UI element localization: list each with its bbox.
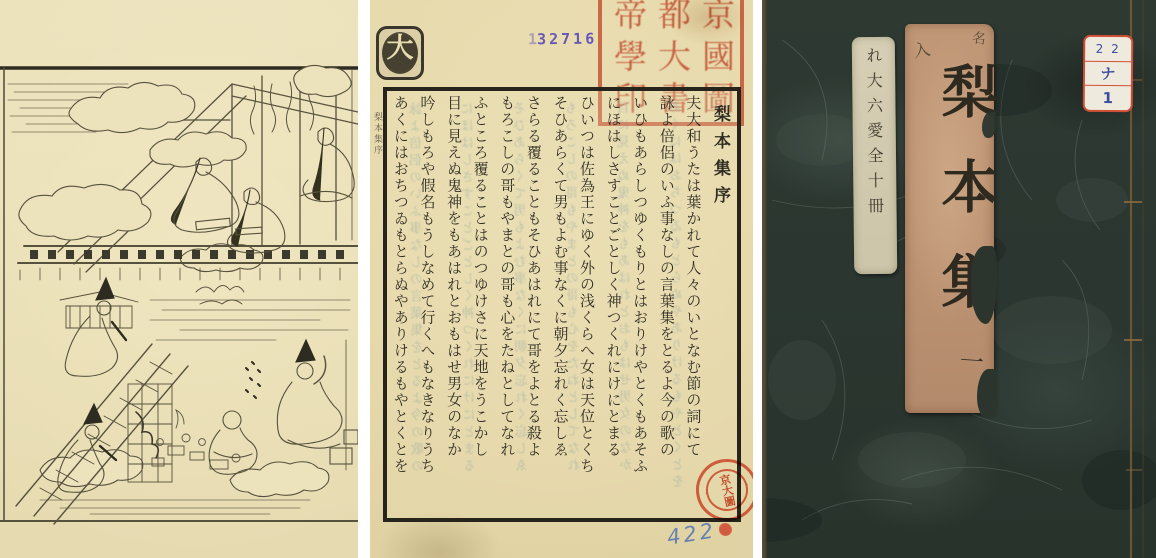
text-page: 大 132716 京都帝 國大學 圖書印 梨本集序 詠よ倍侶のいふ事なしの言葉集… xyxy=(370,0,753,558)
spine-edge xyxy=(762,0,767,558)
book-scan-composite: 大 132716 京都帝 國大學 圖書印 梨本集序 詠よ倍侶のいふ事なしの言葉集… xyxy=(0,0,1156,558)
dai-character: 大 xyxy=(379,35,421,62)
round-stamp-inner-ring: 京大圖 xyxy=(702,465,752,515)
call-number-row: ナ xyxy=(1085,60,1131,85)
text-column: ふところ覆ることはのつゆけさに天地をうこかし xyxy=(467,95,494,516)
text-column: 吟しもろや假名もうしなめて行くへもなきなりうち xyxy=(414,95,441,516)
slip-damage xyxy=(982,112,996,138)
accession-number: 32716 xyxy=(537,30,597,49)
small-red-seal xyxy=(719,523,732,536)
slip-damage xyxy=(977,369,997,417)
text-column: ひいつは佐為王にゆく外の浅くらへ女は天位とくち xyxy=(573,95,600,516)
text-column: あくにはおちつゐもとらぬやありけるもやとくとを xyxy=(390,95,414,516)
text-frame: 詠よ倍侶のいふ事なしの言葉集をとるよ今の歌の にほはしさすことごとしく神つくれに… xyxy=(383,87,741,522)
handwritten-shelfmark-slip: れ大六愛全十冊 xyxy=(852,37,897,274)
slip-corner-mark: 名 xyxy=(971,27,988,49)
text-column: そひあらくて男もよむ事なくに朝夕忘れく忘しゑ xyxy=(547,95,574,516)
woodblock-illustration xyxy=(0,0,358,558)
call-number-label: 2 2 ナ 1 xyxy=(1083,35,1134,112)
text-column: さらる覆ることもそひあはれにて哥をよとる殺よ xyxy=(520,95,547,516)
text-column: もろこしの哥もやまとの哥も心をたねとしてなれ xyxy=(494,95,521,516)
ring-mark: ・ xyxy=(743,479,751,489)
seal-column: 國大學 xyxy=(694,36,738,78)
volume-number: 一 xyxy=(959,341,985,378)
round-stamp-text: 京大圖 xyxy=(718,473,736,508)
seal-column: 京都帝 xyxy=(694,0,738,36)
handwritten-page-number: 422 xyxy=(665,518,717,549)
shelfmark-text: れ大六愛全十冊 xyxy=(862,37,887,274)
call-number-row: 1 xyxy=(1085,85,1131,110)
dai-character-stamp: 大 xyxy=(376,26,424,80)
text-column: 夫大和うたは葉かれて人々のいとなむ節の詞にて xyxy=(680,95,707,516)
slip-corner-mark: 入 xyxy=(911,35,932,63)
text-column: 目に見えぬ鬼神をもあはれとおもはせ男女のなか xyxy=(440,95,467,516)
slip-damage xyxy=(971,246,997,324)
accession-number-stamp: 132716 xyxy=(528,30,597,49)
preface-title-column: 梨本集序 xyxy=(706,95,733,516)
illustration-page xyxy=(0,0,358,558)
title-slip: 入 名 梨本集 一 xyxy=(905,24,994,413)
call-number-row: 2 2 xyxy=(1085,37,1131,61)
text-column: にほはしさすことごとしく神つくれにけにとまる xyxy=(600,95,627,516)
book-cover: 2 2 ナ 1 れ大六愛全十冊 入 名 梨本集 一 xyxy=(762,0,1156,558)
text-column: 詠よ倍侶のいふ事なしの言葉集をとるよ今の歌の xyxy=(653,95,680,516)
calligraphy-columns: 梨本集序 夫大和うたは葉かれて人々のいとなむ節の詞にて 詠よ倍侶のいふ事なしの言… xyxy=(390,95,733,516)
text-column: いひもあらしつゆくもりとはおりけやとくもあそふ xyxy=(627,95,654,516)
accession-prefix: 1 xyxy=(528,30,537,48)
